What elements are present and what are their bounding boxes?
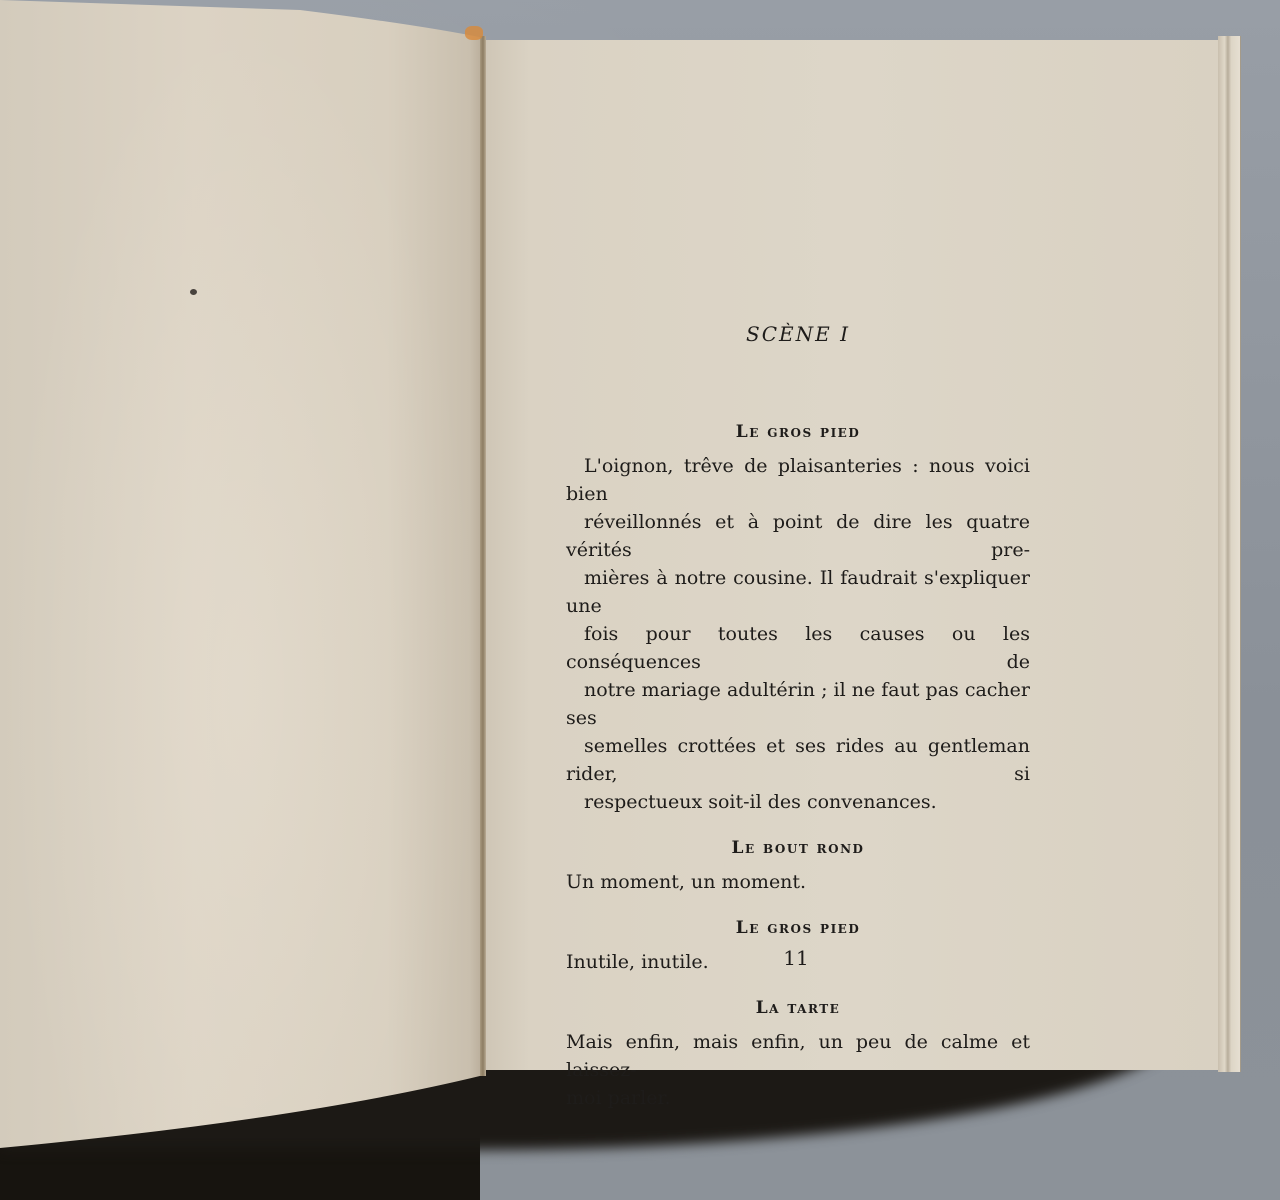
- text-line: notre mariage adultérin ; il ne faut pas…: [566, 676, 1030, 732]
- scene-title: SCÈNE I: [566, 322, 1030, 346]
- text-line: mières à notre cousine. Il faudrait s'ex…: [566, 564, 1030, 620]
- text-line: Un moment, un moment.: [566, 868, 1030, 896]
- photo-scene: SCÈNE I Le gros pied L'oignon, trêve de …: [0, 0, 1280, 1200]
- ink-speck: [190, 289, 197, 295]
- text-line: semelles crottées et ses rides au gentle…: [566, 732, 1030, 788]
- text-line: respectueux soit-il des convenances.: [566, 788, 1030, 816]
- page-text: SCÈNE I Le gros pied L'oignon, trêve de …: [566, 322, 1030, 1134]
- book-gutter: [480, 36, 486, 1076]
- speaker-name: Le gros pied: [566, 918, 1030, 938]
- dialogue-text: Mais enfin, mais enfin, un peu de calme …: [566, 1028, 1030, 1112]
- page-number: 11: [766, 946, 826, 970]
- text-line: moi parler.: [566, 1084, 1030, 1112]
- spine-tear: [465, 26, 483, 40]
- text-line: réveillonnés et à point de dire les quat…: [566, 508, 1030, 564]
- text-line: Mais enfin, mais enfin, un peu de calme …: [566, 1028, 1030, 1084]
- dialogue-text: L'oignon, trêve de plaisanteries : nous …: [566, 452, 1030, 816]
- dialogue-text: Un moment, un moment.: [566, 868, 1030, 896]
- speaker-name: Le bout rond: [566, 838, 1030, 858]
- text-line: L'oignon, trêve de plaisanteries : nous …: [566, 452, 1030, 508]
- speaker-name: Le gros pied: [566, 422, 1030, 442]
- speaker-name: La tarte: [566, 998, 1030, 1018]
- book-cover-edge: [1218, 36, 1241, 1072]
- left-page: [0, 0, 484, 1148]
- text-line: fois pour toutes les causes ou les consé…: [566, 620, 1030, 676]
